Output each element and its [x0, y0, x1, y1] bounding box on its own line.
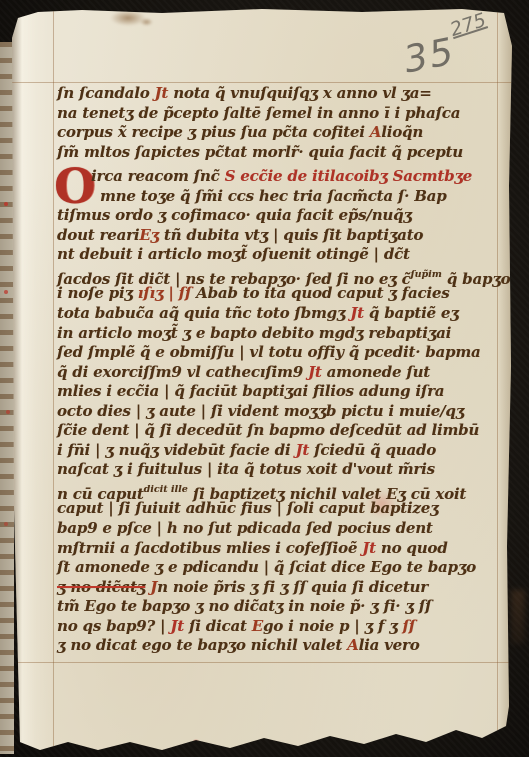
manuscript-line: ſn ſcandalo Jt nota q̃ vnuſquiſqʒ x anno…	[57, 84, 499, 104]
manuscript-line: octo dies | ʒ aute | ſi vident moʒʒb pic…	[57, 402, 499, 422]
manuscript-line: q̃ di exorciſſm9 vl cathecıſim9 Jt amone…	[57, 363, 499, 383]
manuscript-line: naſcat ʒ i fuitulus | ita q̃ totus xoit …	[57, 460, 499, 480]
manuscript-line: corpus x̃ recipe ʒ pius ſua pc̃ta cofite…	[57, 123, 499, 143]
text-segment: na tenetʒ de p̃cepto ſaltē ſemel in anno…	[57, 104, 460, 122]
text-segment: ſi dicat	[184, 617, 252, 635]
text-segment: E	[252, 617, 263, 635]
manuscript-line: ſed ſmplẽ q̃ e obmiſſu | vl totu offiy q…	[57, 343, 499, 363]
text-segment: i noſe piʒ	[57, 284, 138, 302]
text-segment: go i noie p | ʒ f ʒ	[263, 617, 403, 635]
text-segment: no quod	[376, 539, 448, 557]
ruling-line-vertical-left	[53, 6, 54, 754]
manuscript-line: bap9 e pſce | h no ſut pdicada ſed pociu…	[57, 519, 499, 539]
text-segment: tm̃ Ego te bapʒo ʒ no dic̃atʒ in noie p̃…	[57, 597, 431, 615]
manuscript-line: ſt amonede ʒ e pdicandu | q̃ ſciat dice …	[57, 558, 499, 578]
manuscript-line: caput | ſi ſuiuit adhūc fius | ſoli capu…	[57, 499, 499, 519]
text-block: ſn ſcandalo Jt nota q̃ vnuſquiſqʒ x anno…	[57, 84, 499, 656]
manuscript-line: tm̃ Ego te bapʒo ʒ no dic̃atʒ in noie p̃…	[57, 597, 499, 617]
ruling-line-horizontal-top	[12, 82, 512, 83]
manuscript-line: dout reariEʒ tñ dubita vtʒ | quis ſit ba…	[57, 226, 499, 246]
text-segment: S ecc̃ie de itilacoibʒ Sacmtbʒe	[225, 167, 472, 185]
secondary-folio-number: 275	[447, 9, 488, 41]
text-segment: Jt	[350, 304, 364, 322]
text-segment: Jt	[155, 84, 169, 102]
red-speck	[193, 740, 199, 745]
text-segment: ſn ſcandalo	[57, 84, 155, 102]
text-segment: caput | ſi ſuiuit adhūc fius | ſoli capu…	[57, 499, 438, 517]
text-segment: q̃ bapʒo te	[442, 270, 512, 288]
text-segment: q̃ baptiẽ eʒ	[364, 304, 459, 322]
manuscript-line: n cū caputdicit ille ſi baptizetʒ nichil…	[57, 480, 499, 500]
text-segment: dout reari	[57, 226, 139, 244]
text-segment: tota babuc̃a aq̃ quia tñc toto ſbmgʒ	[57, 304, 350, 322]
text-segment: in articlo moʒt̃ ʒ e bapto debito mgdʒ r…	[57, 324, 451, 342]
previous-page-edge	[0, 42, 14, 754]
text-segment: ſed ſmplẽ q̃ e obmiſſu | vl totu offiy q…	[57, 343, 481, 361]
text-segment: q̃ di exorciſſm9 vl cathecıſim9	[57, 363, 308, 381]
text-segment: ſup̃im	[411, 269, 442, 280]
manuscript-line: na tenetʒ de p̃cepto ſaltē ſemel in anno…	[57, 104, 499, 124]
text-segment: tiſmus ordo ʒ cofimaco· quia facit ep̃s/…	[57, 206, 412, 224]
text-segment: ſt amonede ʒ e pdicandu | q̃ ſciat dice …	[57, 558, 476, 576]
manuscript-line: irca reacom ſnc̃ S ecc̃ie de itilacoibʒ …	[57, 167, 499, 187]
ruling-line-horizontal-bottom	[12, 662, 512, 663]
text-segment: Jt	[362, 539, 376, 557]
manuscript-line: mſtrnii a ſacdotibus mlies i cofeſſioẽ J…	[57, 539, 499, 559]
manuscript-line: i noſe piʒ ıſıʒ | ſſ Abab to ita quod ca…	[57, 284, 499, 304]
text-segment: corpus x̃ recipe ʒ pius ſua pc̃ta cofite…	[57, 123, 370, 141]
manuscript-line: mlies i ecc̃ia | q̃ faciūt baptiʒai fili…	[57, 382, 499, 402]
text-segment: ſm̃ mltos ſapictes pc̃tat morlr̃· quia f…	[57, 143, 463, 161]
text-segment: mne toʒe q̃ ſm̃i ccs hec tria ſacm̃cta ſ…	[100, 187, 447, 205]
text-segment: lia vero	[359, 636, 420, 654]
text-segment: Jt	[170, 617, 184, 635]
text-segment: nt debuit i articlo moʒt̃ oſuenit otingẽ…	[57, 245, 410, 263]
text-segment: lioq̃n	[381, 123, 423, 141]
manuscript-line: tota babuc̃a aq̃ quia tñc toto ſbmgʒ Jt …	[57, 304, 499, 324]
text-segment: nota q̃ vnuſquiſqʒ x anno vl ʒa=	[168, 84, 431, 102]
text-segment: A	[370, 123, 381, 141]
manuscript-line: in articlo moʒt̃ ʒ e bapto debito mgdʒ r…	[57, 324, 499, 344]
manuscript-line: no qs bap9? | Jt ſi dicat Ego i noie p |…	[57, 617, 499, 637]
manuscript-line: ſm̃ mltos ſapictes pc̃tat morlr̃· quia f…	[57, 143, 499, 163]
text-segment: tñ dubita vtʒ | quis ſit baptiʒato	[159, 226, 423, 244]
text-segment: mlies i ecc̃ia | q̃ faciūt baptiʒai fili…	[57, 382, 444, 400]
text-segment: Eʒ	[139, 226, 159, 244]
text-segment: ſſ	[403, 617, 416, 635]
text-segment: ıſıʒ | ſſ	[138, 284, 191, 302]
fore-edge-shadow	[498, 6, 512, 754]
text-segment: ʒ no dic̃atʒ	[57, 578, 145, 596]
manuscript-line: i fn̄i | ʒ nuq̃ʒ videbūt facie di Jt ſci…	[57, 441, 499, 461]
text-segment: Jt	[295, 441, 309, 459]
text-segment: bap9 e pſce | h no ſut pdicada ſed pociu…	[57, 519, 433, 537]
text-segment: amonede ſut	[322, 363, 430, 381]
manuscript-photo: 275 35 O ſn ſcandalo Jt nota q̃ vnuſquiſ…	[0, 0, 529, 757]
manuscript-line: ſacdos ſit dic̃t | ns te rebapʒo· ſed ſi…	[57, 265, 499, 285]
text-segment: i fn̄i | ʒ nuq̃ʒ videbūt facie di	[57, 441, 295, 459]
manuscript-line: tiſmus ordo ʒ cofimaco· quia facit ep̃s/…	[57, 206, 499, 226]
gutter-shadow	[12, 6, 54, 754]
manuscript-line: ʒ no dic̃atʒ Jn noie p̃ris ʒ fi ʒ ſſ qui…	[57, 578, 499, 598]
manuscript-line: mne toʒe q̃ ſm̃i ccs hec tria ſacm̃cta ſ…	[57, 187, 499, 207]
text-segment: ſc̃ie dent | q̃ ſi decedūt ſn bapmo deſc…	[57, 421, 479, 439]
text-segment: octo dies | ʒ aute | ſi vident moʒʒb pic…	[57, 402, 464, 420]
folio-number: 35	[400, 30, 458, 82]
text-segment: irca reacom ſnc̃	[91, 167, 225, 185]
text-segment: n noie p̃ris ʒ fi ʒ ſſ quia ſi dicetur	[157, 578, 428, 596]
text-segment: A	[347, 636, 358, 654]
manuscript-line: ſc̃ie dent | q̃ ſi decedūt ſn bapmo deſc…	[57, 421, 499, 441]
text-segment: mſtrnii a ſacdotibus mlies i cofeſſioẽ	[57, 539, 362, 557]
text-segment: no qs bap9? |	[57, 617, 170, 635]
ink-stain	[140, 18, 153, 26]
edge-stain	[511, 590, 525, 644]
text-segment: ʒ no dicat ego te bapʒo nichil valet	[57, 636, 347, 654]
manuscript-line: ʒ no dicat ego te bapʒo nichil valet Ali…	[57, 636, 499, 656]
text-segment: Jt	[308, 363, 322, 381]
text-segment: Abab to ita quod caput ʒ facies	[191, 284, 449, 302]
text-segment: naſcat ʒ i fuitulus | ita q̃ totus xoit …	[57, 460, 435, 478]
text-segment: dicit ille	[144, 484, 188, 495]
manuscript-page: 275 35 O ſn ſcandalo Jt nota q̃ vnuſquiſ…	[12, 6, 512, 754]
text-segment: ſciedū q̃ quado	[309, 441, 436, 459]
manuscript-line: nt debuit i articlo moʒt̃ oſuenit otingẽ…	[57, 245, 499, 265]
